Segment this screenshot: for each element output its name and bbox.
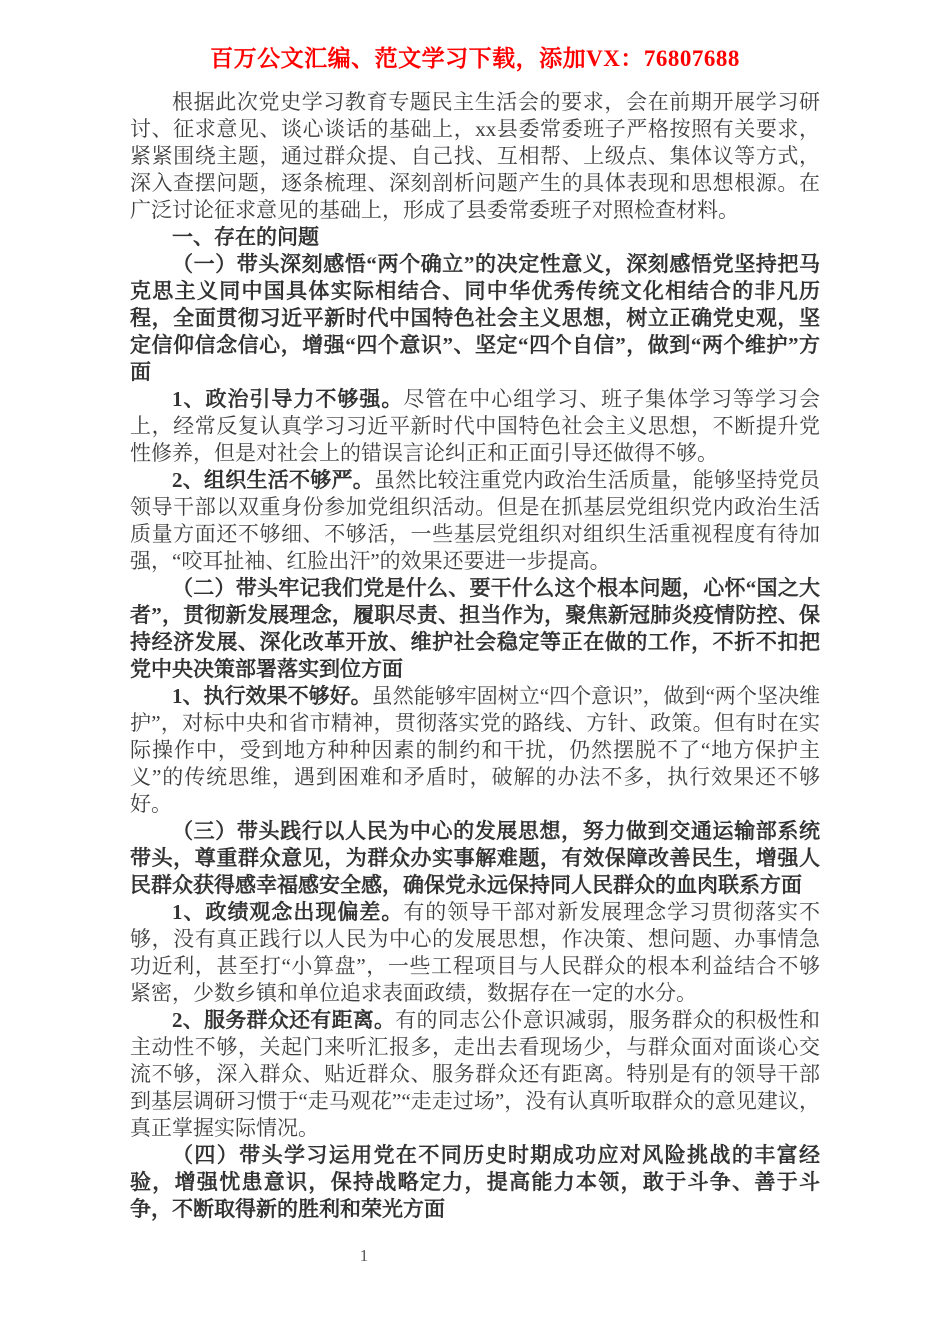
paragraph-text: 根据此次党史学习教育专题民主生活会的要求，会在前期开展学习研讨、征求意见、谈心谈… [130,90,820,222]
paragraph-lead: 1、执行效果不够好。 [172,684,372,708]
page-number: 1 [352,1246,376,1266]
section-heading-problems: 一、存在的问题 [130,224,820,251]
document-body: 根据此次党史学习教育专题民主生活会的要求，会在前期开展学习研讨、征求意见、谈心谈… [130,89,820,1223]
subsection-heading-4: （四）带头学习运用党在不同历史时期成功应对风险挑战的丰富经验，增强忧患意识，保持… [130,1142,820,1223]
heading-text: （二）带头牢记我们党是什么、要干什么这个根本问题，心怀“国之大者”，贯彻新发展理… [130,576,820,681]
document-page: 百万公文汇编、范文学习下载，添加VX：76807688 根据此次党史学习教育专题… [0,0,950,1344]
heading-text: （四）带头学习运用党在不同历史时期成功应对风险挑战的丰富经验，增强忧患意识，保持… [130,1143,820,1221]
paragraph-lead: 2、组织生活不够严。 [172,468,374,492]
heading-text: 一、存在的问题 [172,225,319,249]
paragraph-lead: 2、服务群众还有距离。 [172,1008,395,1032]
paragraph-lead: 1、政绩观念出现偏差。 [172,900,403,924]
subsection-heading-2: （二）带头牢记我们党是什么、要干什么这个根本问题，心怀“国之大者”，贯彻新发展理… [130,575,820,683]
item-paragraph: 1、执行效果不够好。虽然能够牢固树立“四个意识”，做到“两个坚决维护”，对标中央… [130,683,820,818]
item-paragraph: 1、政绩观念出现偏差。有的领导干部对新发展理念学习贯彻落实不够，没有真正践行以人… [130,899,820,1007]
item-paragraph: 1、政治引导力不够强。尽管在中心组学习、班子集体学习等学习会上，经常反复认真学习… [130,386,820,467]
heading-text: （三）带头践行以人民为中心的发展思想，努力做到交通运输部系统带头，尊重群众意见，… [130,819,820,897]
intro-paragraph: 根据此次党史学习教育专题民主生活会的要求，会在前期开展学习研讨、征求意见、谈心谈… [130,89,820,224]
heading-text: （一）带头深刻感悟“两个确立”的决定性意义，深刻感悟党坚持把马克思主义同中国具体… [130,252,820,384]
subsection-heading-1: （一）带头深刻感悟“两个确立”的决定性意义，深刻感悟党坚持把马克思主义同中国具体… [130,251,820,386]
item-paragraph: 2、组织生活不够严。虽然比较注重党内政治生活质量，能够坚持党员领导干部以双重身份… [130,467,820,575]
subsection-heading-3: （三）带头践行以人民为中心的发展思想，努力做到交通运输部系统带头，尊重群众意见，… [130,818,820,899]
promo-banner-text: 百万公文汇编、范文学习下载，添加VX：76807688 [0,0,950,73]
item-paragraph: 2、服务群众还有距离。有的同志公仆意识减弱，服务群众的积极性和主动性不够，关起门… [130,1007,820,1142]
paragraph-lead: 1、政治引导力不够强。 [172,387,403,411]
